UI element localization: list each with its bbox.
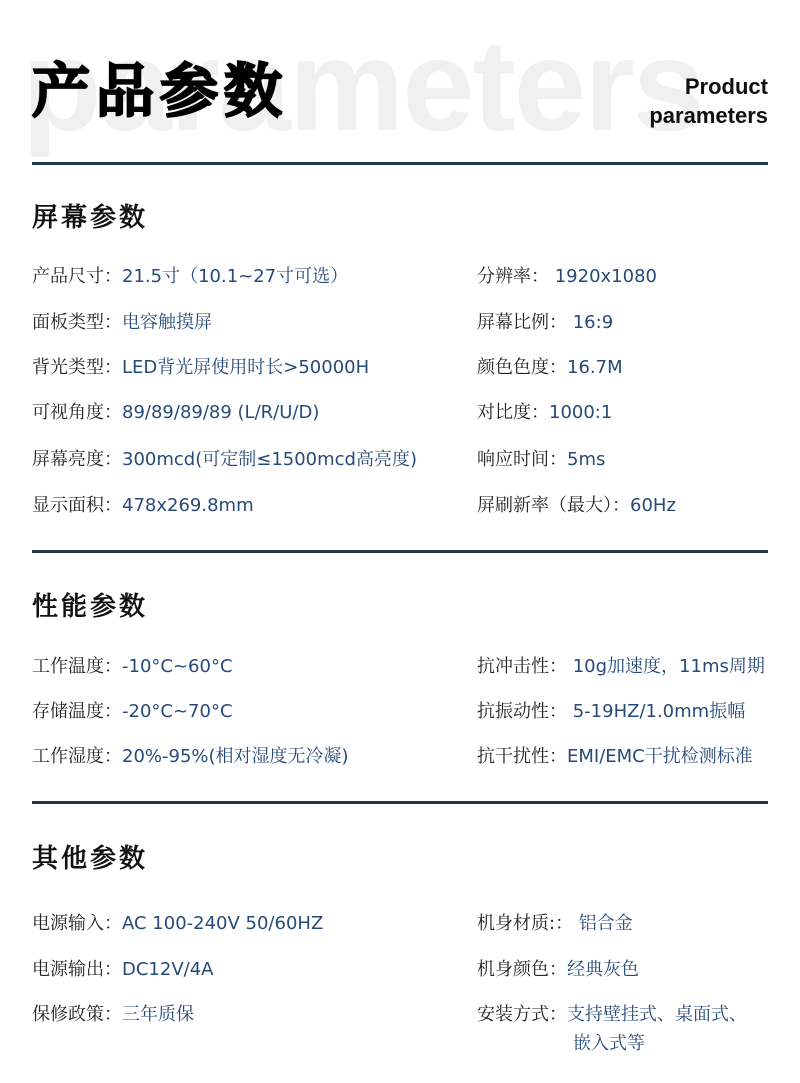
spec-value: 16:9 <box>567 312 613 333</box>
spec-value: 嵌入式等 <box>573 1033 645 1054</box>
spec-label: 抗干扰性： <box>477 746 567 767</box>
spec-row: 面板类型：电容触摸屏 <box>32 311 212 335</box>
spec-value: 10g加速度，11ms周期 <box>567 656 765 677</box>
spec-value: 478x269.8mm <box>122 495 254 516</box>
spec-label: 抗冲击性： <box>477 656 567 677</box>
spec-value: 21.5寸（10.1~27寸可选） <box>122 266 348 287</box>
spec-label: 背光类型： <box>32 357 122 378</box>
spec-label: 电源输出： <box>32 959 122 980</box>
spec-label: 工作湿度： <box>32 746 122 767</box>
spec-label: 工作温度： <box>32 656 122 677</box>
spec-value-continuation: 嵌入式等 <box>573 1032 645 1056</box>
section-title-other: 其他参数 <box>32 838 148 875</box>
english-title-line2: parameters <box>649 101 768 130</box>
spec-label: 对比度： <box>477 402 549 423</box>
spec-value: 20%-95%(相对湿度无冷凝) <box>122 746 349 767</box>
english-title-line1: Product <box>649 72 768 101</box>
spec-row: 可视角度：89/89/89/89 (L/R/U/D) <box>32 401 319 425</box>
spec-label: 响应时间： <box>477 449 567 470</box>
spec-row: 抗振动性： 5-19HZ/1.0mm振幅 <box>477 700 745 724</box>
spec-label: 安装方式： <box>477 1004 567 1025</box>
section-divider <box>32 550 768 553</box>
spec-row: 安装方式：支持壁挂式、桌面式、 <box>477 1003 747 1027</box>
spec-label: 抗振动性： <box>477 701 567 722</box>
spec-value: 三年质保 <box>122 1004 194 1025</box>
spec-label: 面板类型： <box>32 312 122 333</box>
spec-label: 存储温度： <box>32 701 122 722</box>
spec-value: 300mcd(可定制≤1500mcd高亮度) <box>122 449 417 470</box>
spec-label: 屏刷新率（最大）： <box>477 495 630 516</box>
spec-label: 电源输入： <box>32 913 122 934</box>
spec-row: 背光类型：LED背光屏使用时长>50000H <box>32 356 369 380</box>
spec-value: EMI/EMC干扰检测标准 <box>567 746 753 767</box>
spec-label: 可视角度： <box>32 402 122 423</box>
spec-row: 对比度：1000:1 <box>477 401 612 425</box>
spec-row: 电源输入：AC 100-240V 50/60HZ <box>32 912 323 936</box>
english-title: Product parameters <box>649 72 768 130</box>
spec-value: 60Hz <box>630 495 676 516</box>
spec-row: 保修政策：三年质保 <box>32 1003 194 1027</box>
spec-label: 分辨率： <box>477 266 549 287</box>
spec-label: 屏幕比例： <box>477 312 567 333</box>
spec-label: 机身材质:： <box>477 913 573 934</box>
spec-label: 产品尺寸： <box>32 266 122 287</box>
spec-label: 屏幕亮度： <box>32 449 122 470</box>
spec-row: 屏幕比例： 16:9 <box>477 311 613 335</box>
spec-row: 抗干扰性：EMI/EMC干扰检测标准 <box>477 745 753 769</box>
spec-row: 屏幕亮度：300mcd(可定制≤1500mcd高亮度) <box>32 448 417 472</box>
spec-row: 响应时间：5ms <box>477 448 605 472</box>
spec-value: 1000:1 <box>549 402 612 423</box>
spec-value: 16.7M <box>567 357 623 378</box>
spec-value: 支持壁挂式、桌面式、 <box>567 1004 747 1025</box>
spec-value: 电容触摸屏 <box>122 312 212 333</box>
section-divider <box>32 801 768 804</box>
section-title-performance: 性能参数 <box>32 586 148 623</box>
spec-label: 保修政策： <box>32 1004 122 1025</box>
spec-row: 分辨率： 1920x1080 <box>477 265 657 289</box>
spec-value: DC12V/4A <box>122 959 213 980</box>
spec-value: 铝合金 <box>573 913 633 934</box>
spec-value: 经典灰色 <box>567 959 639 980</box>
spec-value: 5ms <box>567 449 605 470</box>
spec-value: 5-19HZ/1.0mm振幅 <box>567 701 745 722</box>
spec-row: 机身颜色：经典灰色 <box>477 958 639 982</box>
spec-value: -20°C~70°C <box>122 701 233 722</box>
spec-value: LED背光屏使用时长>50000H <box>122 357 369 378</box>
spec-label: 颜色色度： <box>477 357 567 378</box>
spec-row: 显示面积：478x269.8mm <box>32 494 254 518</box>
spec-value: 1920x1080 <box>549 266 657 287</box>
spec-row: 颜色色度：16.7M <box>477 356 623 380</box>
spec-row: 电源输出：DC12V/4A <box>32 958 213 982</box>
spec-row: 抗冲击性： 10g加速度，11ms周期 <box>477 655 765 679</box>
spec-value: AC 100-240V 50/60HZ <box>122 913 323 934</box>
spec-label: 显示面积： <box>32 495 122 516</box>
spec-label: 机身颜色： <box>477 959 567 980</box>
spec-row: 机身材质:： 铝合金 <box>477 912 633 936</box>
section-title-screen: 屏幕参数 <box>32 197 148 234</box>
spec-row: 产品尺寸：21.5寸（10.1~27寸可选） <box>32 265 348 289</box>
spec-row: 工作温度：-10°C~60°C <box>32 655 233 679</box>
spec-row: 工作湿度：20%-95%(相对湿度无冷凝) <box>32 745 349 769</box>
page-title: 产品参数 <box>32 62 288 120</box>
spec-row: 屏刷新率（最大）：60Hz <box>477 494 676 518</box>
spec-value: 89/89/89/89 (L/R/U/D) <box>122 402 319 423</box>
spec-value: -10°C~60°C <box>122 656 233 677</box>
header-divider <box>32 162 768 165</box>
spec-row: 存储温度：-20°C~70°C <box>32 700 233 724</box>
